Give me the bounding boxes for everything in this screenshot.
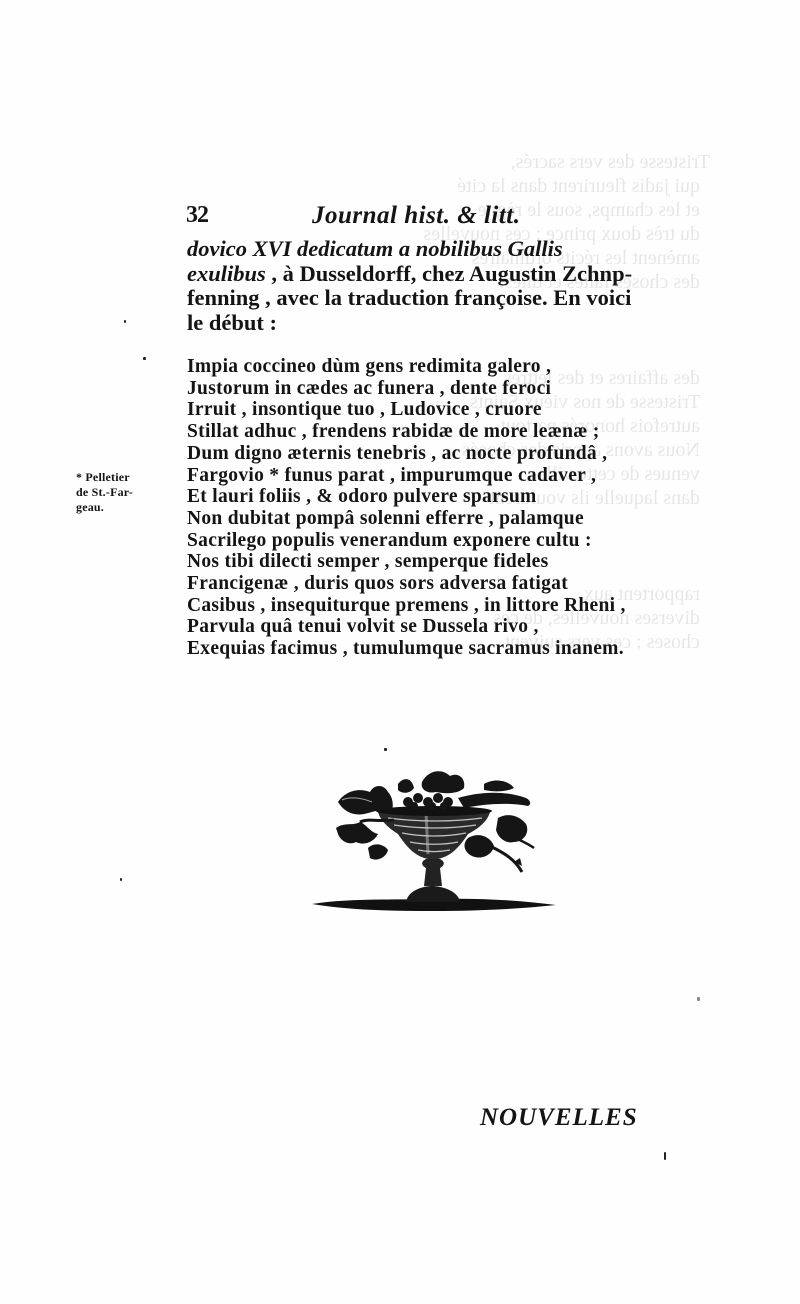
print-speck (384, 748, 387, 751)
print-speck (664, 1152, 666, 1160)
verse-line: Francigenæ , duris quos sors adversa fat… (187, 573, 697, 595)
vase-with-foliage-ornament-icon (308, 762, 560, 918)
print-speck (143, 357, 146, 360)
latin-verse: Impia coccineo dùm gens redimita galero … (187, 356, 697, 660)
catchword: NOUVELLES (480, 1104, 638, 1132)
running-head: 32 Journal hist. & litt. (186, 202, 686, 234)
book-page: Tristesse des vers sacrés, qui jadis fle… (0, 0, 800, 1304)
verse-line: Irruit , insontique tuo , Ludovice , cru… (187, 399, 697, 421)
page-number: 32 (186, 202, 208, 229)
verse-line: Justorum in cædes ac funera , dente fero… (187, 378, 697, 400)
print-speck (697, 997, 700, 1001)
prose-line: dovico XVI dedicatum a nobilibus Gallis (187, 237, 687, 262)
print-speck (120, 878, 122, 881)
margin-note: * Pelletier de St.-Far- geau. (76, 470, 186, 515)
verse-line: Sacrilego populis venerandum exponere cu… (187, 530, 697, 552)
verse-line: Nos tibi dilecti semper , semperque fide… (187, 551, 697, 573)
verse-line: Parvula quâ tenui volvit se Dussela rivo… (187, 616, 697, 638)
prose-paragraph: dovico XVI dedicatum a nobilibus Gallis … (187, 237, 687, 335)
verse-line: Dum digno æternis tenebris , ac nocte pr… (187, 443, 697, 465)
journal-title: Journal hist. & litt. (312, 202, 521, 230)
margin-note-line: geau. (76, 500, 186, 515)
verse-line: Non dubitat pompâ solenni efferre , pala… (187, 508, 697, 530)
prose-line: exulibus , à Dusseldorff, chez Augustin … (187, 262, 687, 287)
verse-line: Stillat adhuc , frendens rabidæ de more … (187, 421, 697, 443)
margin-note-line: de St.-Far- (76, 485, 186, 500)
verse-line: Fargovio * funus parat , impurumque cada… (187, 465, 697, 487)
margin-note-line: * Pelletier (76, 470, 186, 485)
verse-line: Casibus , insequiturque premens , in lit… (187, 595, 697, 617)
print-speck (124, 320, 126, 323)
verse-line: Impia coccineo dùm gens redimita galero … (187, 356, 697, 378)
prose-italic-word: exulibus (187, 261, 266, 286)
verse-line: Exequias facimus , tumulumque sacramus i… (187, 638, 697, 660)
verse-line: Et lauri foliis , & odoro pulvere sparsu… (187, 486, 697, 508)
prose-text: , à Dusseldorff, chez Augustin Zchnp- (266, 261, 632, 286)
prose-line: le début : (187, 311, 687, 336)
prose-line: fenning , avec la traduction françoise. … (187, 286, 687, 311)
